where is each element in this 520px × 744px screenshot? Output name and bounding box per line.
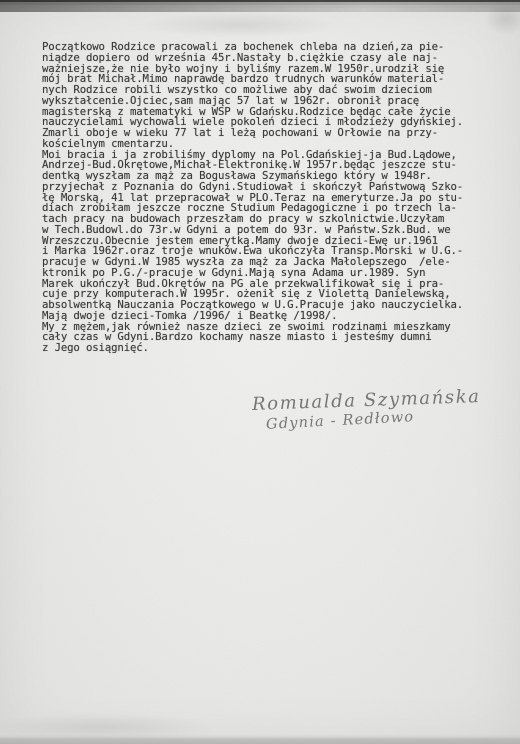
typewritten-body-text: Początkowo Rodzice pracowali za bochenek…: [42, 42, 463, 354]
scan-edge-bottom: [0, 734, 520, 744]
scan-smudge: [140, 12, 340, 38]
scan-edge-top: [0, 0, 520, 12]
scanned-page: Początkowo Rodzice pracowali za bochenek…: [0, 0, 520, 744]
